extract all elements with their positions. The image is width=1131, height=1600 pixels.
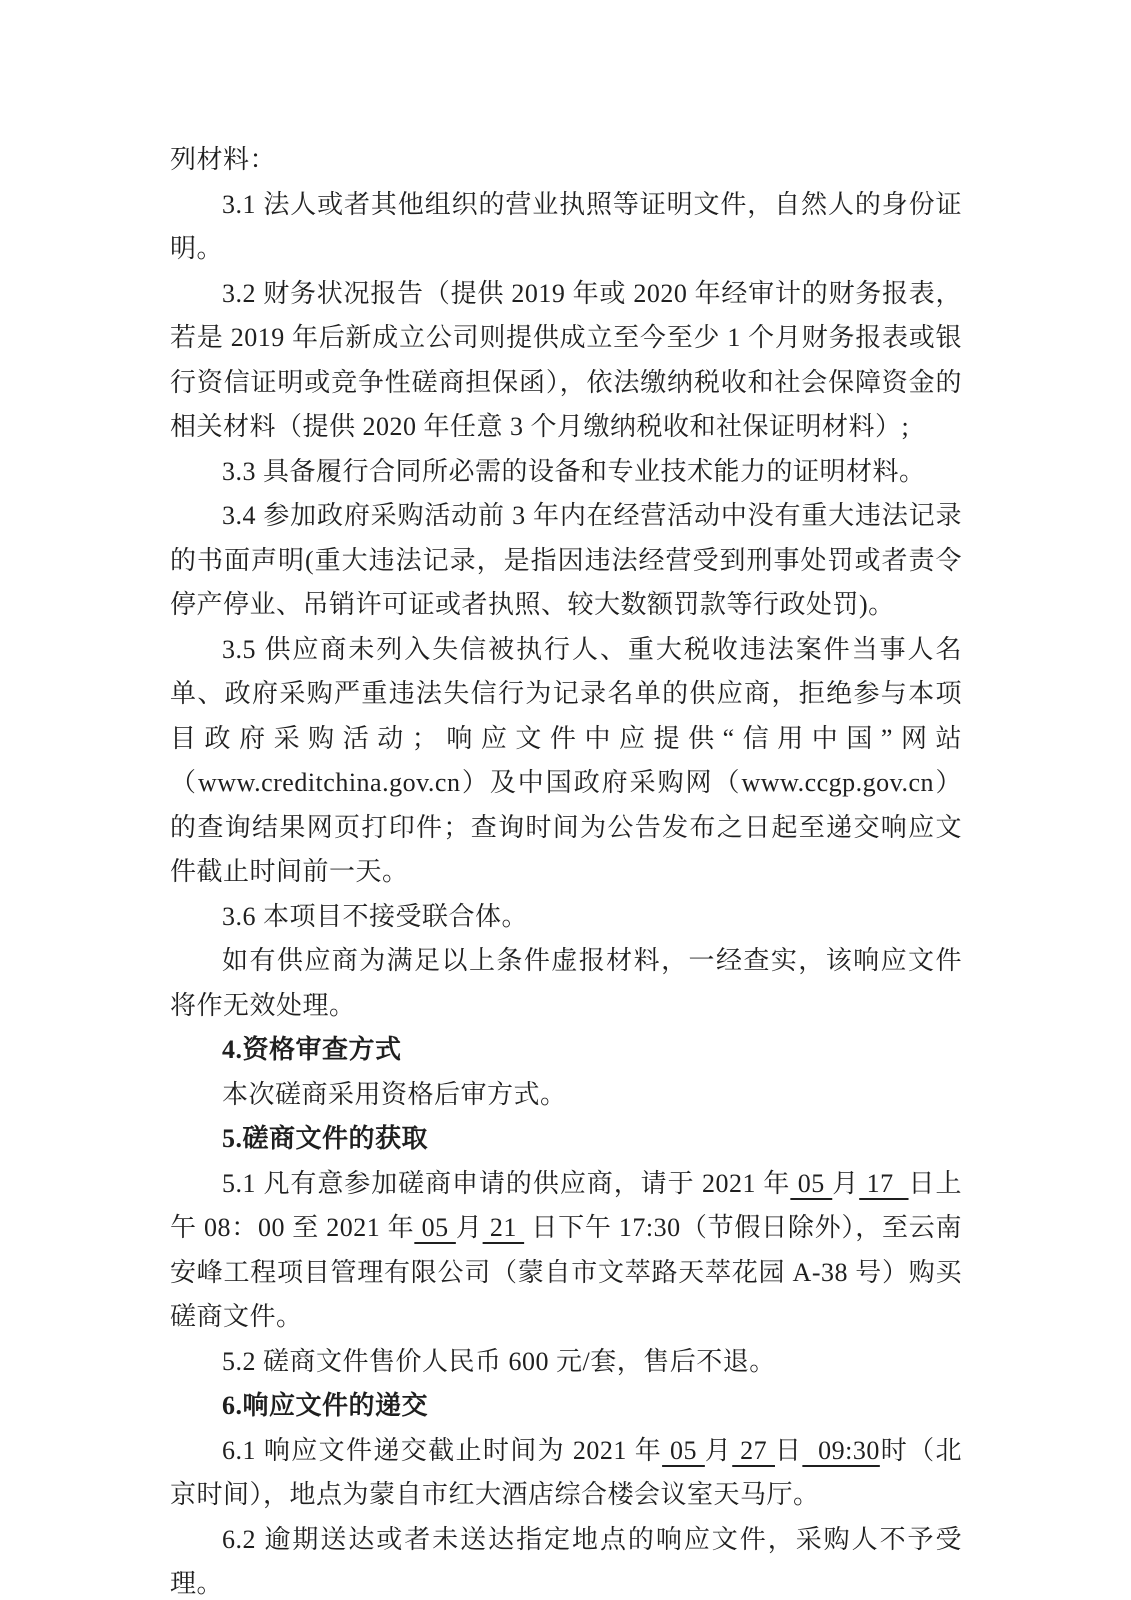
fill-in-blank: 05 — [414, 1213, 456, 1242]
fill-in-blank: 09:30 — [802, 1436, 879, 1465]
text-segment: 6.2 逾期送达或者未送达指定地点的响应文件，采购人不予受理。 — [170, 1525, 962, 1599]
paragraph: 5.1 凡有意参加磋商申请的供应商，请于 2021 年 05 月 17 日上午 … — [170, 1162, 962, 1340]
text-segment: 5.1 凡有意参加磋商申请的供应商，请于 2021 年 — [222, 1169, 790, 1198]
text-segment: 5.2 磋商文件售价人民币 600 元/套，售后不退。 — [222, 1347, 776, 1376]
paragraph: 3.1 法人或者其他组织的营业执照等证明文件，自然人的身份证明。 — [170, 183, 962, 272]
text-segment: 日 — [775, 1436, 802, 1465]
section-heading: 4.资格审查方式 — [170, 1028, 962, 1073]
text-segment: 5.磋商文件的获取 — [222, 1124, 428, 1153]
paragraph: 3.3 具备履行合同所必需的设备和专业技术能力的证明材料。 — [170, 450, 962, 495]
text-segment: 3.1 法人或者其他组织的营业执照等证明文件，自然人的身份证明。 — [170, 190, 962, 264]
paragraph: 6.1 响应文件递交截止时间为 2021 年 05 月 27 日 09:30时（… — [170, 1429, 962, 1518]
document-body: 列材料：3.1 法人或者其他组织的营业执照等证明文件，自然人的身份证明。3.2 … — [170, 138, 962, 1600]
section-heading: 5.磋商文件的获取 — [170, 1117, 962, 1162]
text-segment: 月 — [705, 1436, 732, 1465]
text-segment: 6.响应文件的递交 — [222, 1391, 428, 1420]
paragraph: 5.2 磋商文件售价人民币 600 元/套，售后不退。 — [170, 1340, 962, 1385]
text-segment: 3.2 财务状况报告（提供 2019 年或 2020 年经审计的财务报表，若是 … — [170, 279, 962, 442]
paragraph: 列材料： — [170, 138, 962, 183]
fill-in-blank: 21 — [483, 1213, 525, 1242]
text-segment: 6.1 响应文件递交截止时间为 2021 年 — [222, 1436, 662, 1465]
fill-in-blank: 05 — [662, 1436, 705, 1465]
fill-in-blank: 05 — [790, 1169, 832, 1198]
fill-in-blank: 27 — [732, 1436, 775, 1465]
text-segment: 月 — [456, 1213, 483, 1242]
paragraph: 3.4 参加政府采购活动前 3 年内在经营活动中没有重大违法记录的书面声明(重大… — [170, 494, 962, 628]
text-segment: 本次磋商采用资格后审方式。 — [222, 1080, 567, 1109]
text-segment: 如有供应商为满足以上条件虚报材料，一经查实，该响应文件将作无效处理。 — [170, 946, 962, 1020]
text-segment: 3.6 本项目不接受联合体。 — [222, 902, 528, 931]
text-segment: 3.3 具备履行合同所必需的设备和专业技术能力的证明材料。 — [222, 457, 926, 486]
text-segment: 3.5 供应商未列入失信被执行人、重大税收违法案件当事人名单、政府采购严重违法失… — [170, 635, 962, 887]
page: { "page": { "background_color": "#ffffff… — [0, 0, 1131, 1600]
paragraph: 如有供应商为满足以上条件虚报材料，一经查实，该响应文件将作无效处理。 — [170, 939, 962, 1028]
fill-in-blank: 17 — [859, 1169, 908, 1198]
text-segment: 月 — [832, 1169, 859, 1198]
paragraph: 6.2 逾期送达或者未送达指定地点的响应文件，采购人不予受理。 — [170, 1518, 962, 1600]
text-segment: 3.4 参加政府采购活动前 3 年内在经营活动中没有重大违法记录的书面声明(重大… — [170, 501, 962, 619]
section-heading: 6.响应文件的递交 — [170, 1384, 962, 1429]
paragraph: 本次磋商采用资格后审方式。 — [170, 1073, 962, 1118]
text-segment: 列材料： — [170, 145, 276, 174]
paragraph: 3.2 财务状况报告（提供 2019 年或 2020 年经审计的财务报表，若是 … — [170, 272, 962, 450]
text-segment: 4.资格审查方式 — [222, 1035, 402, 1064]
paragraph: 3.5 供应商未列入失信被执行人、重大税收违法案件当事人名单、政府采购严重违法失… — [170, 628, 962, 895]
paragraph: 3.6 本项目不接受联合体。 — [170, 895, 962, 940]
